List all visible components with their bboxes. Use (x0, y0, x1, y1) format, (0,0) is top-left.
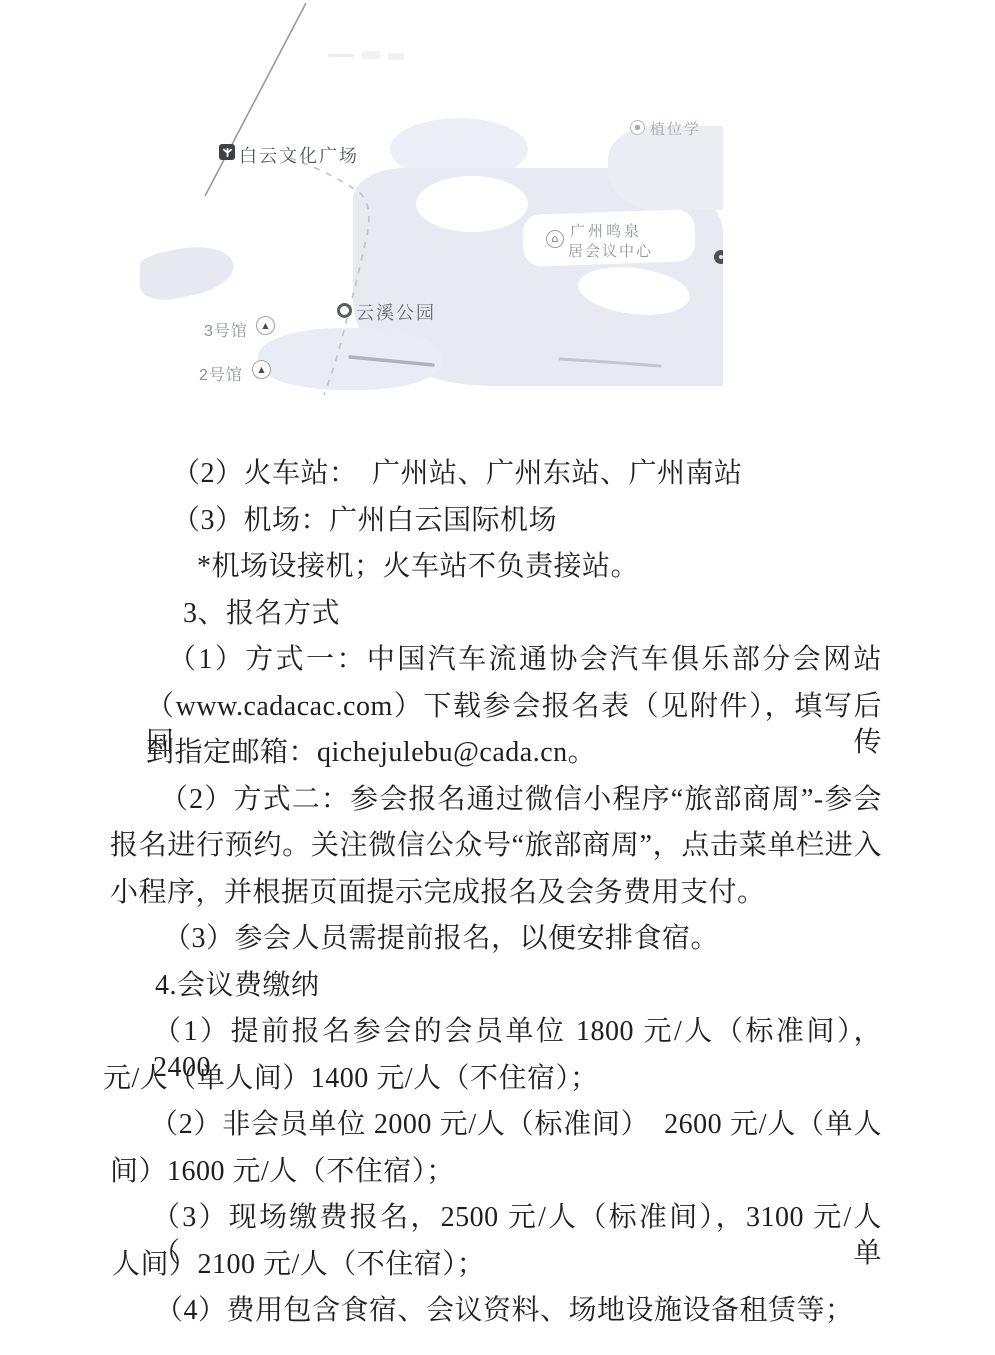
doc-line-trains: （2）火车站： 广州站、广州东站、广州南站 (172, 456, 743, 492)
doc-line-fee3b: 人间）2100 元/人（不住宿）； (112, 1247, 485, 1283)
document-body: （2）火车站： 广州站、广州东站、广州南站 （3）机场：广州白云国际机场 *机场… (0, 0, 995, 1355)
doc-heading-fees: 4.会议费缴纳 (155, 968, 320, 1004)
doc-heading-signup: 3、报名方式 (183, 596, 340, 632)
doc-line-fee4: （4）费用包含食宿、会议资料、场地设施设备租赁等； (155, 1293, 854, 1329)
doc-line-method2a: （2）方式二：参会报名通过微信小程序“旅部商周”-参会 (160, 782, 882, 818)
doc-line-method2c: 小程序，并根据页面提示完成报名及会务费用支付。 (110, 875, 766, 911)
doc-line-advance-note: （3）参会人员需提前报名，以便安排食宿。 (163, 921, 719, 957)
doc-line-fee2b: 间）1600 元/人（不住宿）； (110, 1154, 455, 1190)
doc-line-fee2a: （2）非会员单位 2000 元/人（标准间） 2600 元/人（单人 (150, 1107, 882, 1143)
doc-line-pickup-note: *机场设接机；火车站不负责接站。 (197, 549, 639, 585)
doc-line-method2b: 报名进行预约。关注微信公众号“旅部商周”，点击菜单栏进入 (110, 828, 882, 864)
doc-line-method1a: （1）方式一：中国汽车流通协会汽车俱乐部分会网站 (168, 642, 882, 678)
doc-line-fee1b: 元/人（单人间）1400 元/人（不住宿）； (103, 1061, 599, 1097)
doc-line-method1c: 到指定邮箱：qichejulebu@cada.cn。 (146, 735, 596, 771)
doc-line-airport: （3）机场：广州白云国际机场 (172, 503, 557, 539)
